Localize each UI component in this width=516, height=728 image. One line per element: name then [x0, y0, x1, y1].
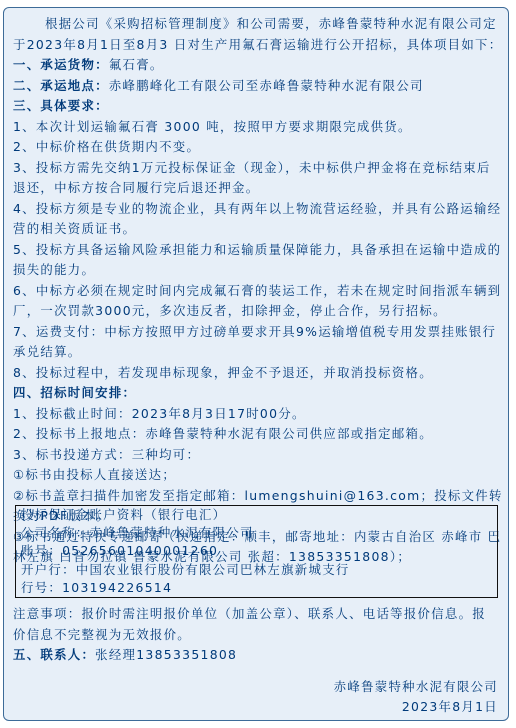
section-cargo-text: 氟石膏。 — [109, 57, 164, 72]
schedule-line: 2、投标书上报地点：赤峰鲁蒙特种水泥有限公司供应部或指定邮箱。 — [13, 424, 499, 445]
intro-line-1: 根据公司《采购招标管理制度》和公司需要，赤峰鲁蒙特种水泥有限公司定 — [13, 14, 499, 35]
section-location: 二、承运地点：赤峰鹏峰化工有限公司至赤峰鲁蒙特种水泥有限公司 — [13, 76, 499, 97]
notice-line: 价信息不完整视为无效报价。 — [13, 625, 499, 646]
signature-block: 赤峰鲁蒙特种水泥有限公司 2023年8月1日 — [334, 677, 498, 717]
notice-line: 注意事项：报价时需注明报价单位（加盖公章）、联系人、电话等报价信息。报 — [13, 604, 499, 625]
requirement-line: 1、本次计划运输氟石膏 3000 吨，按照甲方要求期限完成供货。 — [13, 117, 499, 138]
section-location-text: 赤峰鹏峰化工有限公司至赤峰鲁蒙特种水泥有限公司 — [109, 78, 424, 93]
section-location-heading: 二、承运地点： — [13, 78, 109, 93]
schedule-line: ①标书由投标人直接送达； — [13, 465, 499, 486]
requirement-line: 3、投标方需先交纳1万元投标保证金（现金），未中标供户押金将在竞标结束后 — [13, 158, 499, 179]
requirement-line: 5、投标方具备运输风险承担能力和运输质量保障能力，具备承担在运输中造成的 — [13, 240, 499, 261]
section-requirements-heading: 三、具体要求： — [13, 96, 499, 117]
signature-date: 2023年8月1日 — [334, 697, 498, 717]
schedule-line: 3、标书投递方式：三种均可： — [13, 445, 499, 466]
section-schedule-heading: 四、招标时间安排： — [13, 383, 499, 404]
section-contact-heading: 五、联系人： — [13, 647, 95, 662]
signature-company: 赤峰鲁蒙特种水泥有限公司 — [334, 677, 498, 697]
requirement-line: 营的相关资质证书。 — [13, 219, 499, 240]
section-contact: 五、联系人：张经理13853351808 — [13, 645, 499, 666]
bank-branch: 开户行：中国农业银行股份有限公司巴林左旗新城支行 — [21, 561, 497, 579]
bank-box-title: 投标保证金账户资料（银行电汇） — [21, 506, 497, 524]
section-contact-text: 张经理13853351808 — [95, 647, 237, 662]
bank-company-name: 公司名称：赤峰鲁蒙特种水泥有限公司 — [21, 524, 497, 542]
announcement-body: 根据公司《采购招标管理制度》和公司需要，赤峰鲁蒙特种水泥有限公司定 于2023年… — [13, 14, 499, 568]
bank-account-box: 投标保证金账户资料（银行电汇） 公司名称：赤峰鲁蒙特种水泥有限公司 账号：052… — [15, 505, 498, 598]
requirement-line: 6、中标方必须在规定时间内完成氟石膏的装运工作，若未在规定时间指派车辆到 — [13, 281, 499, 302]
bank-code: 行号：103194226514 — [21, 579, 497, 597]
schedule-line-email: ②标书盖章扫描件加密发至指定邮箱：lumengshuini@163.com；投标… — [13, 486, 499, 507]
requirement-line: 2、中标价格在供货期内不变。 — [13, 137, 499, 158]
section-cargo-heading: 一、承运货物： — [13, 57, 109, 72]
section-cargo: 一、承运货物：氟石膏。 — [13, 55, 499, 76]
intro-line-2: 于2023年8月1日至8月3 日对生产用氟石膏运输进行公开招标，具体项目如下： — [13, 35, 499, 56]
requirement-line: 7、运费支付：中标方按照甲方过磅单要求开具9%运输增值税专用发票挂账银行 — [13, 322, 499, 343]
requirement-line: 厂，一次罚款3000元，多次违反者，扣除押金，停止合作，另行招标。 — [13, 301, 499, 322]
requirement-line: 4、投标方须是专业的物流企业，具有两年以上物流营运经验，并具有公路运输经 — [13, 199, 499, 220]
schedule-line: 1、投标截止时间：2023年8月3日17时00分。 — [13, 404, 499, 425]
notice-section: 注意事项：报价时需注明报价单位（加盖公章）、联系人、电话等报价信息。报 价信息不… — [13, 604, 499, 666]
requirement-line: 承兑结算。 — [13, 342, 499, 363]
requirement-line: 8、投标过程中，若发现串标现象，押金不予退还，并取消投标资格。 — [13, 363, 499, 384]
requirement-line: 损失的能力。 — [13, 260, 499, 281]
bank-account-number: 账号：05265601040001260 — [21, 542, 497, 560]
requirement-line: 退还，中标方按合同履行完后退还押金。 — [13, 178, 499, 199]
